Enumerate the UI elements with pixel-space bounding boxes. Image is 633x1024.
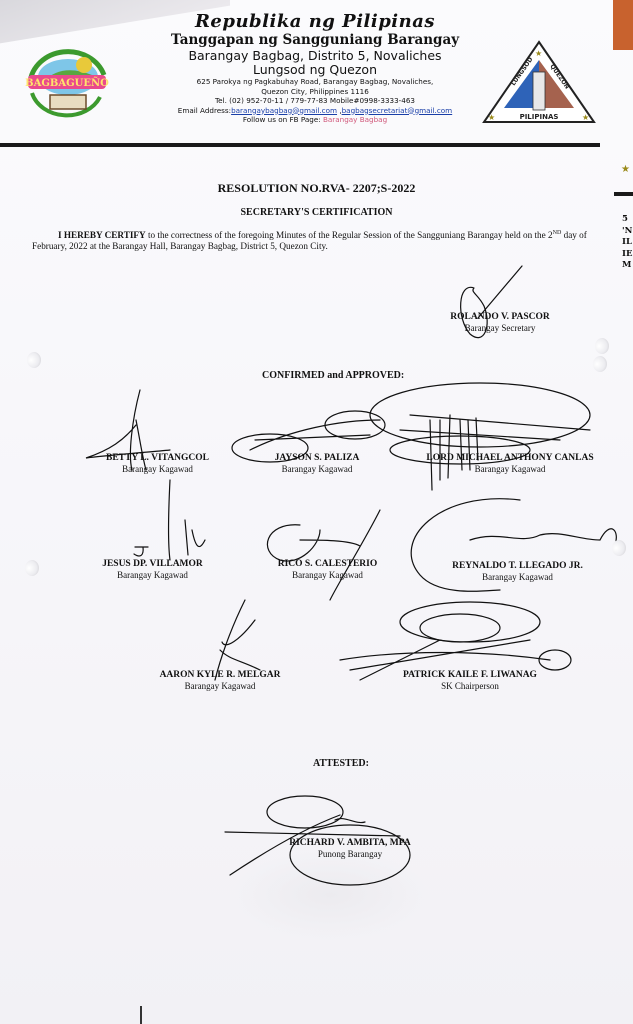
signatory-punong-barangay: RICHARD V. AMBITA, MPAPunong Barangay	[250, 838, 450, 859]
letterhead-divider	[0, 143, 600, 147]
page-edge-mark	[140, 1006, 142, 1024]
barangay-seal-icon: BAGBAGUEÑO	[22, 45, 112, 120]
fb-page-link[interactable]: Barangay Bagbag	[323, 115, 387, 124]
signatory-block: BETTY L. VITANGCOLBarangay Kagawad	[70, 453, 245, 474]
email-link-2[interactable]: bagbagsecretariat@gmail.com	[342, 106, 453, 115]
signatory-block: RICO S. CALESTERIOBarangay Kagawad	[245, 559, 410, 580]
letterhead-republic: Republika ng Pilipinas	[150, 12, 480, 32]
signatory-block: JESUS DP. VILLAMORBarangay Kagawad	[70, 559, 235, 580]
faded-stamp	[230, 850, 430, 940]
punch-hole	[593, 356, 607, 372]
svg-text:★: ★	[535, 49, 542, 58]
letterhead-address-1: 625 Parokya ng Pagkabuhay Road, Barangay…	[150, 77, 480, 87]
letterhead-email: Email Address:barangaybagbag@gmail.com ,…	[150, 106, 480, 116]
signatory-block: PATRICK KAILE F. LIWANAGSK Chairperson	[375, 670, 565, 691]
letterhead-facebook: Follow us on FB Page: Barangay Bagbag	[150, 115, 480, 125]
letterhead-phone: Tel. (02) 952-70-11 / 779-77-83 Mobile#0…	[150, 96, 480, 106]
cert-bold: I HEREBY CERTIFY	[58, 230, 146, 240]
svg-text:PILIPINAS: PILIPINAS	[520, 113, 559, 121]
attested-label: ATTESTED:	[313, 758, 369, 769]
signatory-secretary: ROLANDO V. PASCOR Barangay Secretary	[420, 312, 580, 333]
svg-text:★: ★	[488, 113, 495, 122]
punch-hole	[612, 540, 626, 556]
letterhead-city: Lungsod ng Quezon	[150, 63, 480, 77]
email-label: Email Address:	[178, 106, 231, 115]
adjacent-page-edge	[613, 0, 633, 50]
punch-hole	[595, 338, 609, 354]
signatory-block: LORD MICHAEL ANTHONY CANLASBarangay Kaga…	[405, 453, 615, 474]
document-page: BAGBAGUEÑO Republika ng Pilipinas Tangga…	[0, 0, 633, 1024]
signatory-block: REYNALDO T. LLEGADO JR.Barangay Kagawad	[430, 561, 605, 582]
svg-text:★: ★	[582, 113, 589, 122]
letterhead-barangay: Barangay Bagbag, Distrito 5, Novaliches	[150, 48, 480, 63]
confirmed-label: CONFIRMED and APPROVED:	[262, 370, 404, 381]
certification-paragraph: I HEREBY CERTIFY to the correctness of t…	[32, 228, 602, 252]
email-link-1[interactable]: barangaybagbag@gmail.com	[231, 106, 337, 115]
signatory-block: JAYSON S. PALIZABarangay Kagawad	[232, 453, 402, 474]
star-icon: ★	[621, 164, 630, 175]
letterhead: Republika ng Pilipinas Tanggapan ng Sang…	[150, 12, 480, 125]
section-title: SECRETARY'S CERTIFICATION	[0, 207, 633, 218]
svg-text:BAGBAGUEÑO: BAGBAGUEÑO	[25, 77, 109, 89]
letterhead-address-2: Quezon City, Philippines 1116	[150, 87, 480, 97]
letterhead-office: Tanggapan ng Sangguniang Barangay	[150, 32, 480, 48]
punch-hole	[27, 352, 41, 368]
fb-label: Follow us on FB Page:	[243, 115, 323, 124]
adjacent-page-text: 5'NILIEM	[622, 214, 632, 272]
signatory-block: AARON KYLE R. MELGARBarangay Kagawad	[130, 670, 310, 691]
quezon-city-seal-icon: LUNGSOD QUEZON PILIPINAS ★ ★ ★	[480, 38, 598, 128]
punch-hole	[25, 560, 39, 576]
resolution-number: RESOLUTION NO.RVA- 2207;S-2022	[0, 181, 633, 196]
